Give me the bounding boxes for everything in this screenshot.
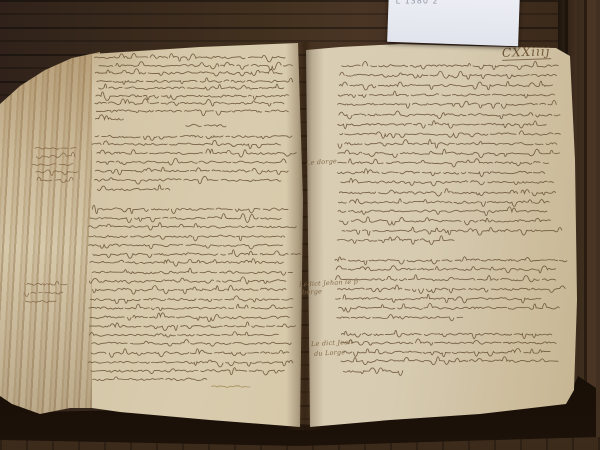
book-gutter — [286, 42, 324, 430]
sticky-note: L 1380 2 — [387, 0, 520, 46]
margin-note: berge — [302, 287, 323, 296]
manuscript-photo: CXXiiij Le dorge Ledict Jehan le p berge… — [0, 0, 600, 450]
folio-number: CXXiiij — [502, 44, 551, 61]
sticky-note-text: L 1380 2 — [396, 0, 439, 6]
margin-note: du Lorge — [314, 348, 346, 358]
margin-note: Le dorge — [306, 157, 337, 167]
